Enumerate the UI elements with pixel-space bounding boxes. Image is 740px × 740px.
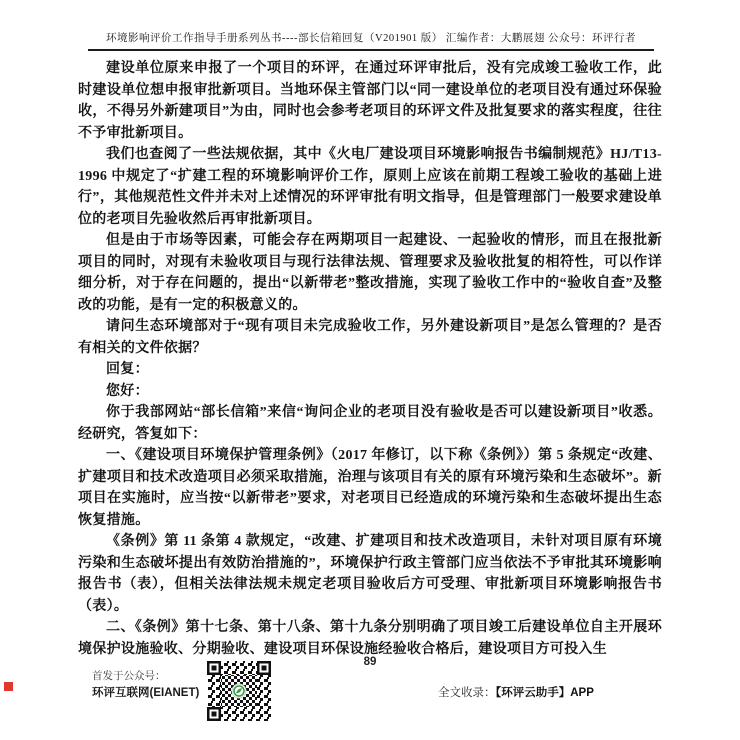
footer-collection-caption: 全文收录： xyxy=(438,687,496,699)
paragraph-reply-point-2: 二、《条例》第十七条、第十八条、第十九条分别明确了项目竣工后建设单位自主开展环境… xyxy=(78,617,662,660)
qr-finder-top-right xyxy=(257,661,271,675)
paragraph-reply-point-1b: 《条例》第 11 条第 4 款规定，“改建、扩建项目和技术改造项目，未针对项目原… xyxy=(78,531,662,617)
page-header: 环境影响评价工作指导手册系列丛书----部长信箱回复（V201901 版） 汇编… xyxy=(88,30,654,51)
qr-finder-bottom-left xyxy=(207,707,221,721)
qr-finder-top-left xyxy=(207,661,221,675)
paragraph-question-intro: 建设单位原来申报了一个项目的环评，在通过环评审批后，没有完成竣工验收工作，此时建… xyxy=(78,58,662,144)
page-number: 89 xyxy=(0,656,740,668)
footer-publisher: 首发于公众号： 环评互联网(EIANET) xyxy=(92,668,199,700)
header-title: 环境影响评价工作指导手册系列丛书----部长信箱回复（V201901 版） 汇编… xyxy=(88,30,654,45)
footer-collection: 全文收录：【环评云助手】APP xyxy=(438,684,594,700)
paragraph-reply-label: 回复： xyxy=(78,359,662,381)
footer-publisher-caption: 首发于公众号： xyxy=(92,668,199,683)
paragraph-reply-intro: 你于我部网站“部长信箱”来信“询问企业的老项目没有验收是否可以建设新项目”收悉。… xyxy=(78,402,662,445)
paragraph-reply-point-1: 一、《建设项目环境保护管理条例》（2017 年修订，以下称《条例》）第 5 条规… xyxy=(78,445,662,531)
footer-publisher-name: 环评互联网(EIANET) xyxy=(92,684,199,700)
paragraph-market-factors: 但是由于市场等因素，可能会存在两期项目一起建设、一起验收的情形，而且在报批新项目… xyxy=(78,230,662,316)
qr-code-icon xyxy=(207,661,271,721)
document-page: 环境影响评价工作指导手册系列丛书----部长信箱回复（V201901 版） 汇编… xyxy=(0,0,740,740)
red-edge-marker xyxy=(4,682,13,691)
paragraph-greeting: 您好： xyxy=(78,381,662,403)
document-body: 建设单位原来申报了一个项目的环评，在通过环评审批后，没有完成竣工验收工作，此时建… xyxy=(78,58,662,660)
paragraph-regulation-ref: 我们也查阅了一些法规依据，其中《火电厂建设项目环境影响报告书编制规范》HJ/T1… xyxy=(78,144,662,230)
paragraph-question: 请问生态环境部对于“现有项目未完成验收工作，另外建设新项目”是怎么管理的？是否有… xyxy=(78,316,662,359)
footer-collection-app: 【环评云助手】APP xyxy=(496,687,594,699)
